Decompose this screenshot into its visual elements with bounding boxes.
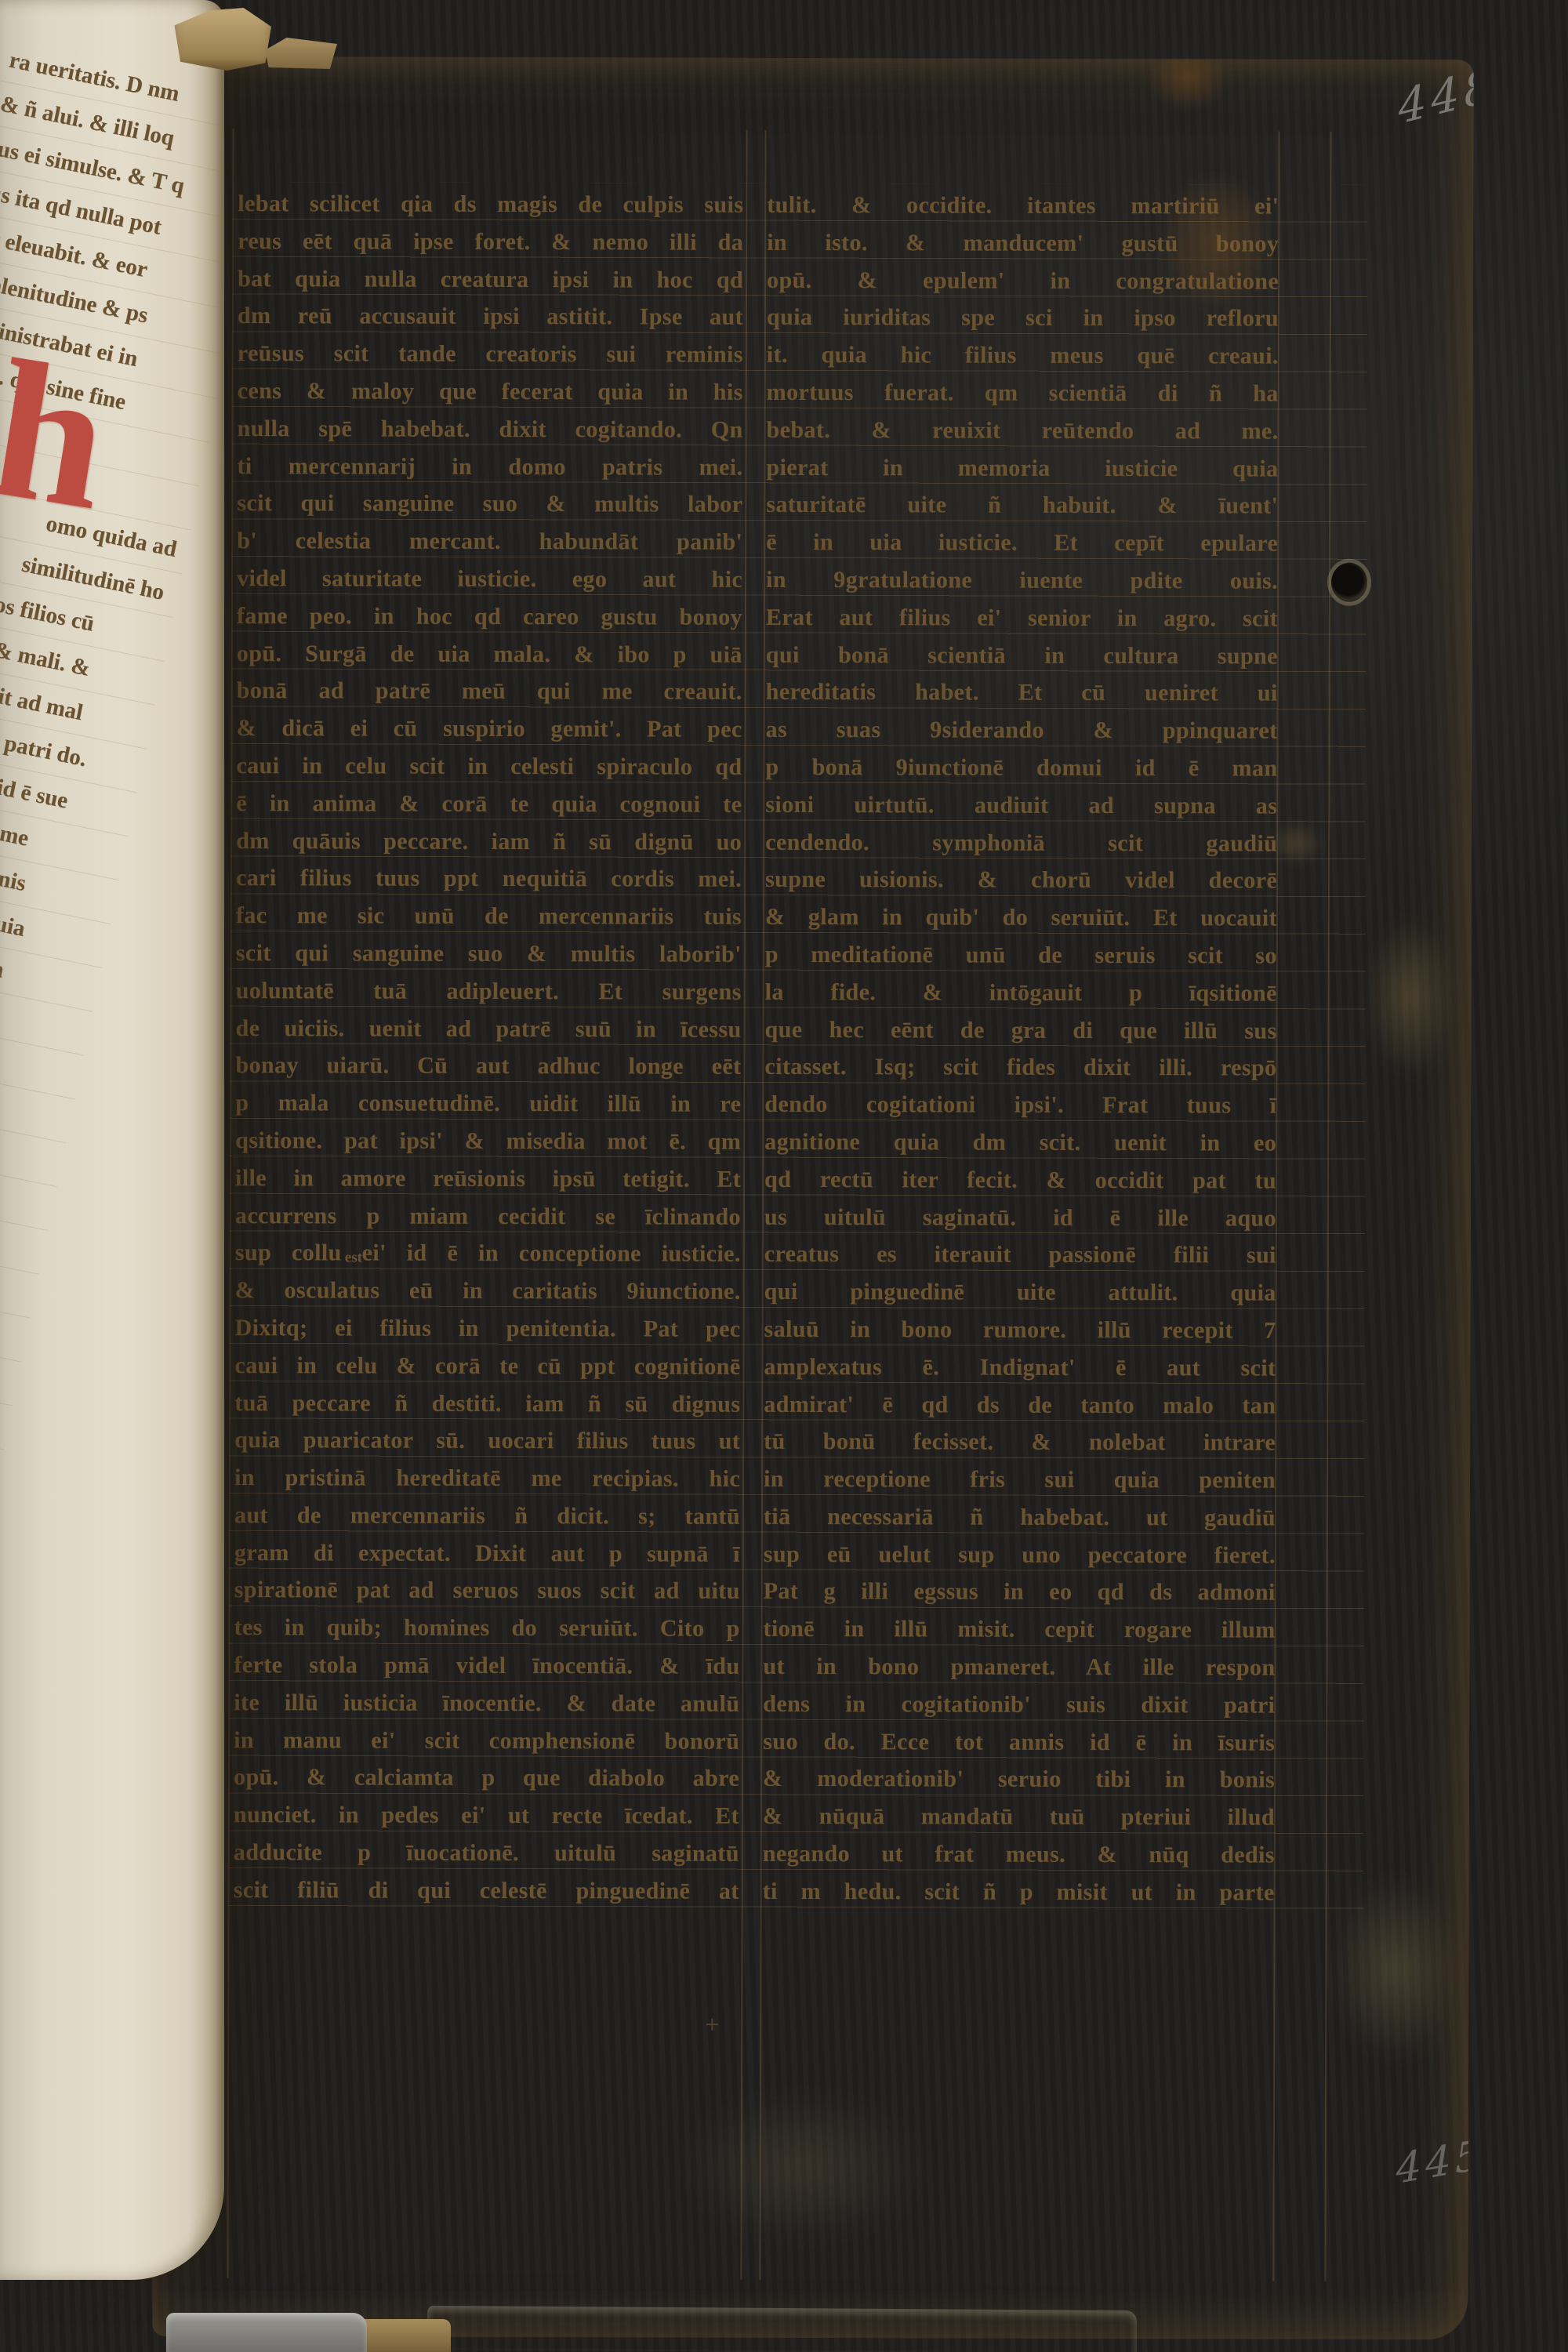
- text-line: que hec eēnt de gra di que illū sus: [764, 1011, 1276, 1050]
- text-line: fame peo. in hoc qd careo gustu bonoy: [237, 597, 742, 636]
- stain: [638, 2064, 968, 2269]
- text-line: & nūquā mandatū tuū pteriui illud: [763, 1798, 1275, 1837]
- text-line: b' celestia mercant. habundāt panib': [237, 522, 742, 561]
- vertical-ruling-margin: [1324, 132, 1331, 2281]
- text-line: suo do. Ecce tot annis id ē in īsuris: [763, 1723, 1275, 1762]
- text-line: sioni uirtutū. audiuit ad supna as: [765, 786, 1277, 826]
- text-line: ti m hedu. scit ñ p misit ut in parte: [763, 1873, 1275, 1912]
- text-line: bonay uiarū. Cū aut adhuc longe eēt: [235, 1047, 741, 1085]
- text-line: quia puaricator sū. uocari filius tuus u…: [234, 1421, 740, 1460]
- text-line: aut de mercennariis ñ dicit. s; tantū: [234, 1497, 740, 1535]
- text-line: nunciet. in pedes ei' ut recte īcedat. E…: [234, 1796, 739, 1835]
- text-line: de uiciis. uenit ad patrē suū in īcessu: [236, 1010, 742, 1048]
- text-line: qsitione. pat ipsi' & misedia mot ē. qm: [235, 1122, 741, 1160]
- text-line: gram di expectat. Dixit aut p supnā ī: [234, 1534, 740, 1573]
- text-line: accurrens p miam cecidit se īclinando: [235, 1197, 741, 1236]
- text-line: tuā peccare ñ destiti. iam ñ sū dignus: [234, 1385, 740, 1423]
- text-line: negando ut frat meus. & nūq dedis: [763, 1835, 1275, 1875]
- book-edge-bottom: [427, 2306, 1137, 2352]
- text-line: Pat g illi egssus in eo qd ds admoni: [764, 1573, 1276, 1612]
- text-column-right: tulit. & occidite. itantes martiriū ei'i…: [763, 187, 1279, 1911]
- text-line: opū. & epulem' in congratulatione: [767, 261, 1279, 300]
- text-line: tulit. & occidite. itantes martiriū ei': [767, 187, 1279, 226]
- binding-tab-top-small: [265, 38, 337, 69]
- text-line: sup collu ei' id ē in conceptione iustic…: [235, 1234, 741, 1272]
- text-line: & dicā ei cū suspirio gemit'. Pat pec: [237, 710, 742, 748]
- marginal-plus-mark: +: [704, 2015, 720, 2034]
- text-line: uoluntatē tuā adipleuert. Et surgens: [236, 972, 742, 1011]
- text-line: dendo cogitationi ipsi'. Frat tuus ī: [764, 1086, 1276, 1125]
- text-line: videl saturitate iusticie. ego aut hic: [237, 560, 742, 598]
- text-line: in manu ei' scit comphensionē bonorū: [234, 1722, 739, 1760]
- text-line: scit filiū di qui celestē pinguedinē at: [234, 1871, 739, 1910]
- text-line: lebat scilicet qia ds magis de culpis su…: [238, 185, 743, 223]
- book-clasp-bottom: [166, 2313, 367, 2352]
- text-line: spirationē pat ad seruos suos scit ad ui…: [234, 1572, 740, 1610]
- text-line: la fide. & intōgauit p īqsitionē: [765, 974, 1277, 1013]
- text-line: caui in celu & corā te cū ppt cognitionē: [234, 1347, 740, 1385]
- text-line: qui pinguedinē uite attulit. quia: [764, 1273, 1276, 1312]
- vertical-ruling-left: [227, 129, 234, 2278]
- text-line: opū. & calciamta p que diabolo abre: [234, 1759, 739, 1798]
- text-line: fac me sic unū de mercennariis tuis: [236, 897, 742, 935]
- facing-page-edge: ra ueritatis. D nm& ñ alui. & illi loqlu…: [0, 0, 224, 2280]
- text-line: saturitatē uite ñ habuit. & īuent': [766, 486, 1278, 525]
- text-line: ferte stola pmā videl īnocentiā. & īdu: [234, 1646, 739, 1685]
- manuscript-page: lebat scilicet qia ds magis de culpis su…: [152, 56, 1474, 2339]
- text-line: dm quāuis peccare. iam ñ sū dignū uo: [236, 822, 742, 861]
- text-line: p meditationē unū de seruis scit so: [765, 936, 1277, 975]
- folio-number-bottom: 445: [1396, 2131, 1474, 2194]
- text-line: in receptione fris sui quia peniten: [764, 1461, 1276, 1500]
- text-line: creatus es iterauit passionē filii sui: [764, 1236, 1276, 1275]
- photograph-of-manuscript: lebat scilicet qia ds magis de culpis su…: [0, 0, 1568, 2352]
- text-line: scit qui sanguine suo & multis labor: [237, 485, 742, 523]
- text-line: qd rectū iter fecit. & occidit pat tu: [764, 1161, 1276, 1200]
- text-line: in 9gratulatione iuente pdite ouis.: [766, 561, 1278, 601]
- text-line: ite illū iusticia īnocentie. & date anul…: [234, 1684, 739, 1722]
- folio-number-top: 448: [1396, 56, 1474, 135]
- text-line: quia iuriditas spe sci in ipso refloru: [767, 299, 1279, 338]
- text-line: bebat. & reuixit reūtendo ad me.: [767, 412, 1279, 451]
- text-line: ut in bono pmaneret. At ille respon: [763, 1648, 1275, 1687]
- text-line: dm reū accusauit ipsi astitit. Ipse aut: [238, 297, 743, 336]
- text-line: admirat' ē qd ds de tanto malo tan: [764, 1385, 1276, 1425]
- text-line: ille in amore reūsionis ipsū tetigit. Et: [235, 1160, 741, 1198]
- text-line: hereditatis habet. Et cū ueniret ui: [766, 673, 1278, 713]
- text-column-left: lebat scilicet qia ds magis de culpis su…: [234, 185, 744, 1910]
- text-line: us uitulū saginatū. id ē ille aquo: [764, 1198, 1276, 1237]
- text-line: saluū in bono rumore. illū recepit 7: [764, 1311, 1276, 1350]
- text-line: Erat aut filius ei' senior in agro. scit: [766, 599, 1278, 638]
- text-line: citasset. Isq; scit fides dixit illi. re…: [764, 1048, 1276, 1087]
- text-line: caui in celu scit in celesti spiraculo q…: [236, 747, 742, 786]
- text-line: in pristinā hereditatē me recipias. hic: [234, 1459, 740, 1497]
- text-line: p mala consuetudinē. uidit illū in re: [235, 1084, 741, 1123]
- text-line: reus eēt quā ipse foret. & nemo illi da: [238, 223, 743, 261]
- text-line: scit qui sanguine suo & multis laborib': [236, 935, 742, 973]
- text-line: ē in uia iusticie. Et cepīt epulare: [766, 524, 1278, 563]
- text-line: agnitione quia dm scit. uenit in eo: [764, 1123, 1276, 1163]
- text-line: tū bonū fecisset. & nolebat intrare: [764, 1423, 1276, 1462]
- text-line: dens in cogitationib' suis dixit patri: [763, 1686, 1275, 1725]
- text-line: tionē in illū misit. cepit rogare illum: [763, 1610, 1275, 1650]
- text-line: qui bonā scientiā in cultura supne: [766, 636, 1278, 675]
- stain: [1347, 883, 1473, 1110]
- text-line: tiā necessariā ñ habebat. ut gaudiū: [764, 1498, 1276, 1537]
- text-line: opū. Surgā de uia mala. & ibo p uiā: [237, 635, 742, 673]
- text-line: in isto. & manducem' gustū bonoy: [767, 224, 1279, 263]
- text-line: ē in anima & corā te quia cognoui te: [236, 785, 742, 823]
- text-line: it. quia hic filius meus quē creaui.: [767, 336, 1279, 376]
- text-line: cari filius tuus ppt nequitiā cordis mei…: [236, 859, 742, 898]
- text-line: & osculatus eū in caritatis 9iunctione.: [235, 1272, 741, 1310]
- interlinear-correction: est: [345, 1250, 362, 1265]
- text-line: bonā ad patrē meū qui me creauit.: [237, 672, 742, 710]
- text-line: sup eū uelut sup uno peccatore fieret.: [764, 1536, 1276, 1575]
- text-line: Dixitq; ei filius in penitentia. Pat pec: [235, 1309, 741, 1348]
- text-line: tes in quib; homines do seruiūt. Cito p: [234, 1609, 739, 1647]
- text-line: cens & maloy que fecerat quia in his: [238, 372, 743, 411]
- book-edge-bottom-small: [357, 2319, 451, 2352]
- stain: [1305, 1839, 1474, 2099]
- text-line: nulla spē habebat. dixit cogitando. Qn: [238, 410, 743, 448]
- stain-smudge-top: [1129, 56, 1247, 125]
- text-line: bat quia nulla creatura ipsi in hoc qd: [238, 260, 743, 299]
- text-line: mortuus fuerat. qm scientiā di ñ ha: [767, 374, 1279, 413]
- text-line: & moderationib' seruio tibi in bonis: [763, 1760, 1275, 1799]
- parchment-hole: [1331, 563, 1367, 602]
- text-line: ti mercennarij in domo patris mei.: [237, 448, 742, 486]
- text-line: & glam in quib' do seruiūt. Et uocauit: [765, 898, 1277, 938]
- text-line: cendendo. symphoniā scit gaudiū: [765, 823, 1277, 862]
- text-line: p bonā 9iunctionē domui id ē man: [765, 749, 1277, 788]
- text-line: pierat in memoria iusticie quia: [766, 448, 1278, 488]
- text-line: adducite p īuocationē. uitulū saginatū: [234, 1834, 739, 1872]
- text-line: amplexatus ē. Indignat' ē aut scit: [764, 1348, 1276, 1388]
- text-line: supne uisionis. & chorū videl decorē: [765, 861, 1277, 900]
- text-line: as suas 9siderando & ppinquaret: [766, 711, 1278, 750]
- text-line: reūsus scit tande creatoris sui reminis: [238, 335, 743, 373]
